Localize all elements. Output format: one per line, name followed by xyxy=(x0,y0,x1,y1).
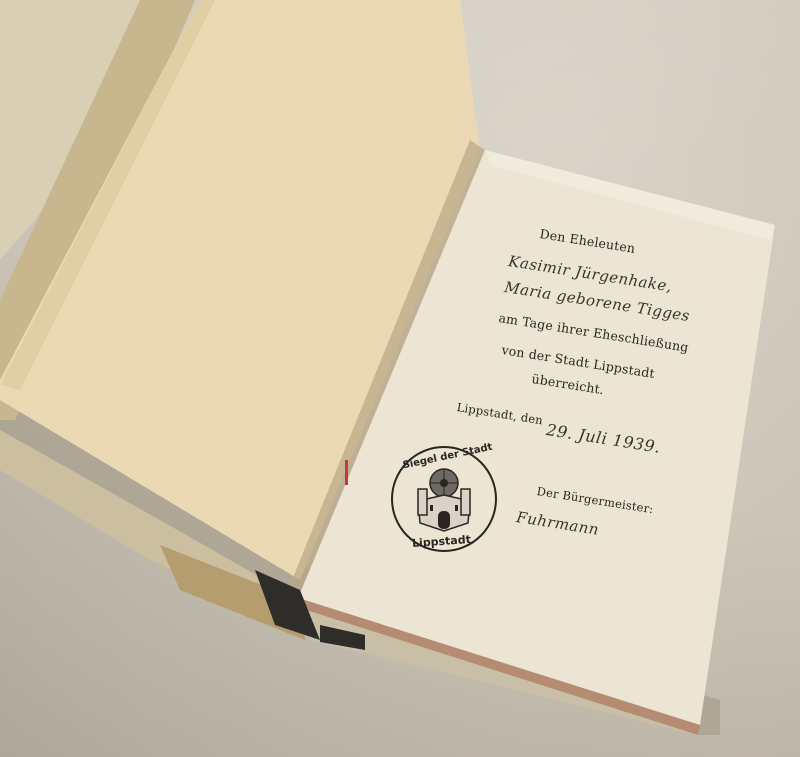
open-book xyxy=(0,0,800,757)
city-seal-stamp: Siegel der Stadt Lippstadt xyxy=(388,443,500,555)
photo-scene: Den Eheleuten Kasimir Jürgenhake, Maria … xyxy=(0,0,800,757)
